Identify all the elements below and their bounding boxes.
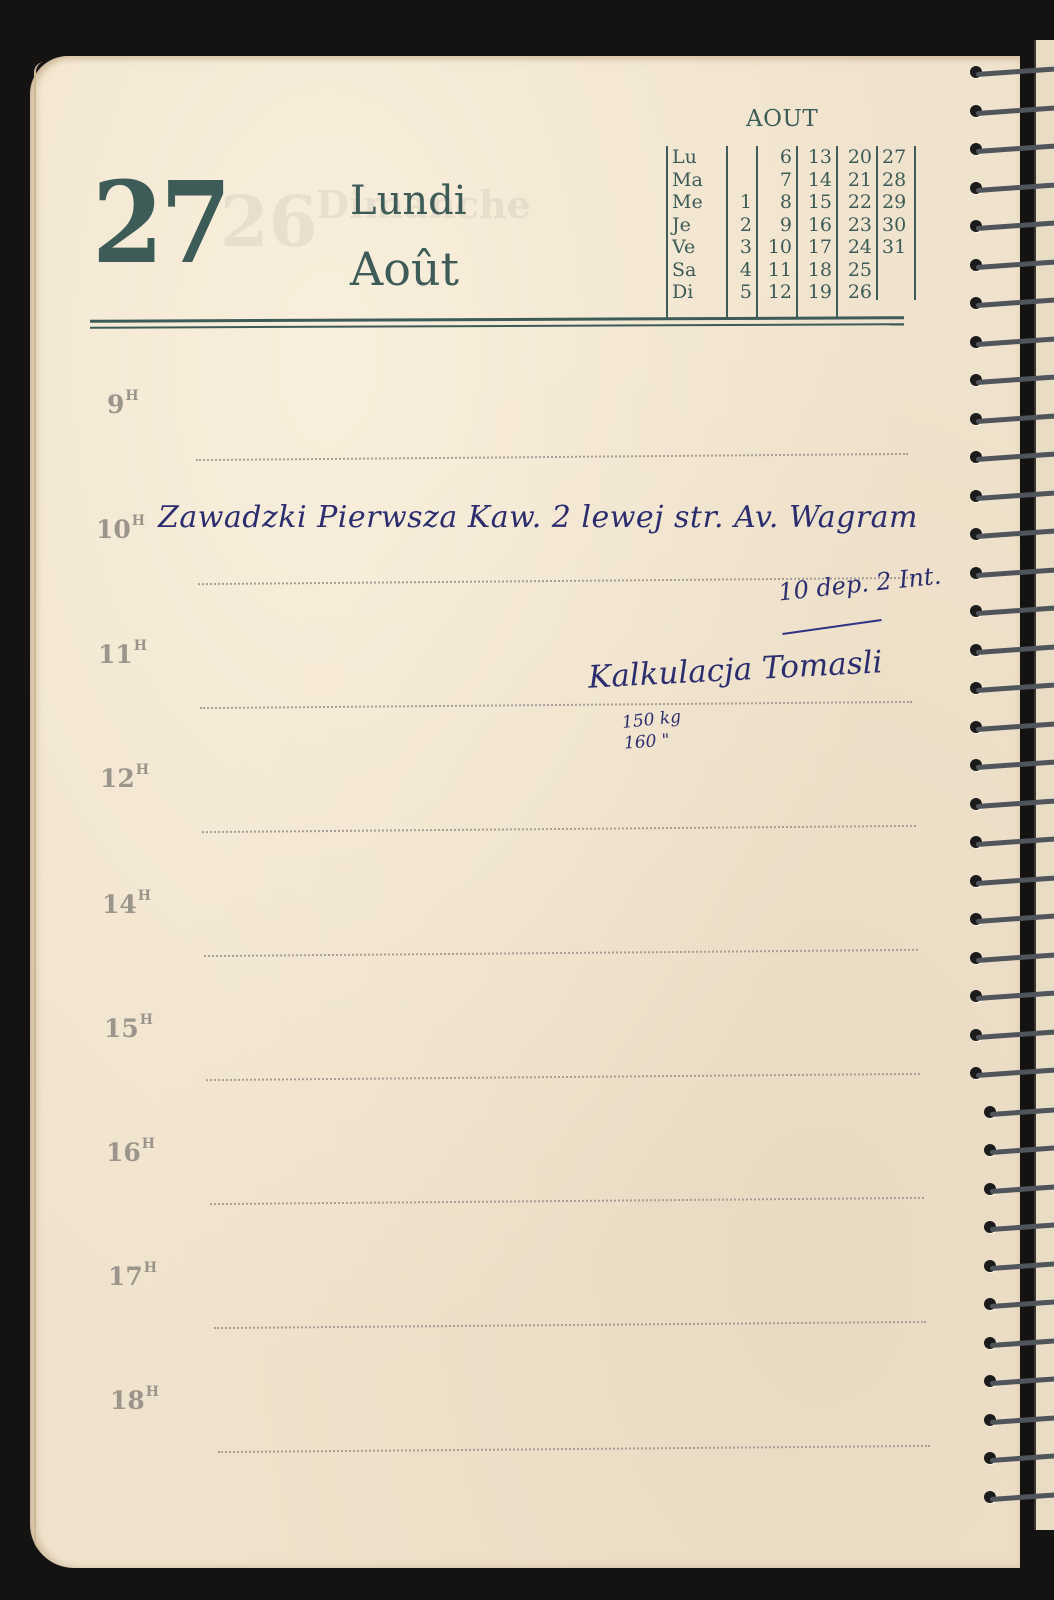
spiral-coil-icon: [970, 759, 1052, 773]
spiral-coil-icon: [970, 490, 1052, 504]
hour-label-18: 18H: [110, 1386, 159, 1415]
calendar-day: [882, 277, 910, 296]
hour-label-17: 17H: [108, 1262, 157, 1291]
spiral-coil-icon: [970, 336, 1052, 350]
calendar-day: 16: [802, 214, 832, 237]
spiral-coil-icon: [984, 1221, 1054, 1235]
weekday-label: Me: [672, 191, 722, 214]
hour-label-16: 16H: [106, 1138, 155, 1167]
calendar-day: [882, 259, 910, 278]
spiral-coil-icon: [970, 567, 1052, 581]
weekday-label: Di: [672, 281, 722, 304]
calendar-day: 30: [882, 214, 910, 237]
calendar-day: 24: [842, 236, 872, 259]
spiral-coil-icon: [970, 721, 1052, 735]
calendar-day: [732, 169, 752, 192]
spiral-coil-icon: [984, 1414, 1054, 1428]
weekday-label: Lu: [672, 146, 722, 169]
day-name: Lundi: [350, 178, 466, 224]
spiral-coil-icon: [970, 451, 1052, 465]
spiral-coil-icon: [984, 1144, 1054, 1158]
spiral-coil-icon: [984, 1183, 1054, 1197]
spiral-coil-icon: [984, 1260, 1054, 1274]
calendar-day: 15: [802, 191, 832, 214]
calendar-day: 3: [732, 236, 752, 259]
calendar-day: 5: [732, 281, 752, 304]
spiral-coil-icon: [970, 836, 1052, 850]
calendar-day: 9: [762, 214, 792, 237]
calendar-day: 17: [802, 236, 832, 259]
mini-calendar-week-5: 27 28 29 30 31: [876, 146, 916, 300]
calendar-day: 10: [762, 236, 792, 259]
calendar-day: 11: [762, 259, 792, 282]
spiral-coil-icon: [970, 1067, 1052, 1081]
calendar-day: 25: [842, 259, 872, 282]
calendar-day: 13: [802, 146, 832, 169]
mini-calendar-week-3: 13 14 15 16 17 18 19: [796, 146, 836, 318]
spiral-binding: [968, 58, 1054, 1518]
spiral-coil-icon: [970, 259, 1052, 273]
hour-label-9: 9H: [107, 390, 139, 419]
calendar-day: 31: [882, 236, 910, 259]
spiral-coil-icon: [970, 413, 1052, 427]
spiral-coil-icon: [970, 605, 1052, 619]
spiral-coil-icon: [984, 1375, 1054, 1389]
calendar-day: 20: [842, 146, 872, 169]
calendar-day: 22: [842, 191, 872, 214]
spiral-coil-icon: [984, 1337, 1054, 1351]
spiral-coil-icon: [970, 374, 1052, 388]
hour-label-14: 14H: [102, 890, 151, 919]
spiral-coil-icon: [970, 798, 1052, 812]
bleed-through-ghost: 26: [220, 180, 317, 263]
handwritten-amount-2: 160 ": [623, 730, 670, 753]
calendar-day: 21: [842, 169, 872, 192]
mini-calendar-week-1: 1 2 3 4 5: [726, 146, 756, 318]
spiral-coil-icon: [970, 913, 1052, 927]
mini-calendar-week-2: 6 7 8 9 10 11 12: [756, 146, 796, 318]
spiral-coil-icon: [970, 1029, 1052, 1043]
calendar-day: 1: [732, 191, 752, 214]
weekday-label: Ma: [672, 169, 722, 192]
calendar-day: 7: [762, 169, 792, 192]
calendar-day: 14: [802, 169, 832, 192]
hour-label-12: 12H: [100, 764, 149, 793]
calendar-day: 28: [882, 169, 910, 192]
calendar-day: 8: [762, 191, 792, 214]
spiral-coil-icon: [970, 297, 1052, 311]
calendar-day: 29: [882, 191, 910, 214]
spiral-coil-icon: [970, 682, 1052, 696]
calendar-day: 4: [732, 259, 752, 282]
weekday-label: Ve: [672, 236, 722, 259]
spiral-coil-icon: [970, 990, 1052, 1004]
spiral-coil-icon: [970, 220, 1052, 234]
calendar-day: 27: [882, 146, 910, 169]
calendar-day: 6: [762, 146, 792, 169]
spiral-coil-icon: [970, 66, 1052, 80]
spiral-coil-icon: [984, 1491, 1054, 1505]
spiral-coil-icon: [984, 1452, 1054, 1466]
calendar-day: 19: [802, 281, 832, 304]
calendar-day: [732, 146, 752, 169]
spiral-coil-icon: [970, 143, 1052, 157]
spiral-coil-icon: [970, 182, 1052, 196]
mini-calendar-title: AOUT: [746, 106, 818, 132]
spiral-coil-icon: [984, 1106, 1054, 1120]
page-stack-edge: [34, 62, 46, 1552]
mini-calendar-weekdays: Lu Ma Me Je Ve Sa Di: [666, 146, 726, 318]
calendar-day: 18: [802, 259, 832, 282]
calendar-day: 2: [732, 214, 752, 237]
spiral-coil-icon: [970, 105, 1052, 119]
spiral-coil-icon: [970, 952, 1052, 966]
spiral-coil-icon: [970, 875, 1052, 889]
weekday-label: Je: [672, 214, 722, 237]
hour-label-15: 15H: [104, 1014, 153, 1043]
spiral-coil-icon: [970, 644, 1052, 658]
mini-calendar: Lu Ma Me Je Ve Sa Di 1 2 3 4 5 6 7 8 9 1…: [666, 146, 916, 318]
calendar-day: 23: [842, 214, 872, 237]
hour-label-11: 11H: [98, 640, 147, 669]
calendar-day: 26: [842, 281, 872, 304]
month-name: Août: [350, 242, 459, 296]
spiral-coil-icon: [984, 1298, 1054, 1312]
spiral-coil-icon: [970, 528, 1052, 542]
hour-label-10: 10H: [96, 515, 145, 544]
calendar-day: 12: [762, 281, 792, 304]
mini-calendar-week-4: 20 21 22 23 24 25 26: [836, 146, 876, 318]
day-number: 27: [92, 168, 228, 280]
weekday-label: Sa: [672, 259, 722, 282]
handwritten-note-10h: Zawadzki Pierwsza Kaw. 2 lewej str. Av. …: [158, 500, 918, 535]
